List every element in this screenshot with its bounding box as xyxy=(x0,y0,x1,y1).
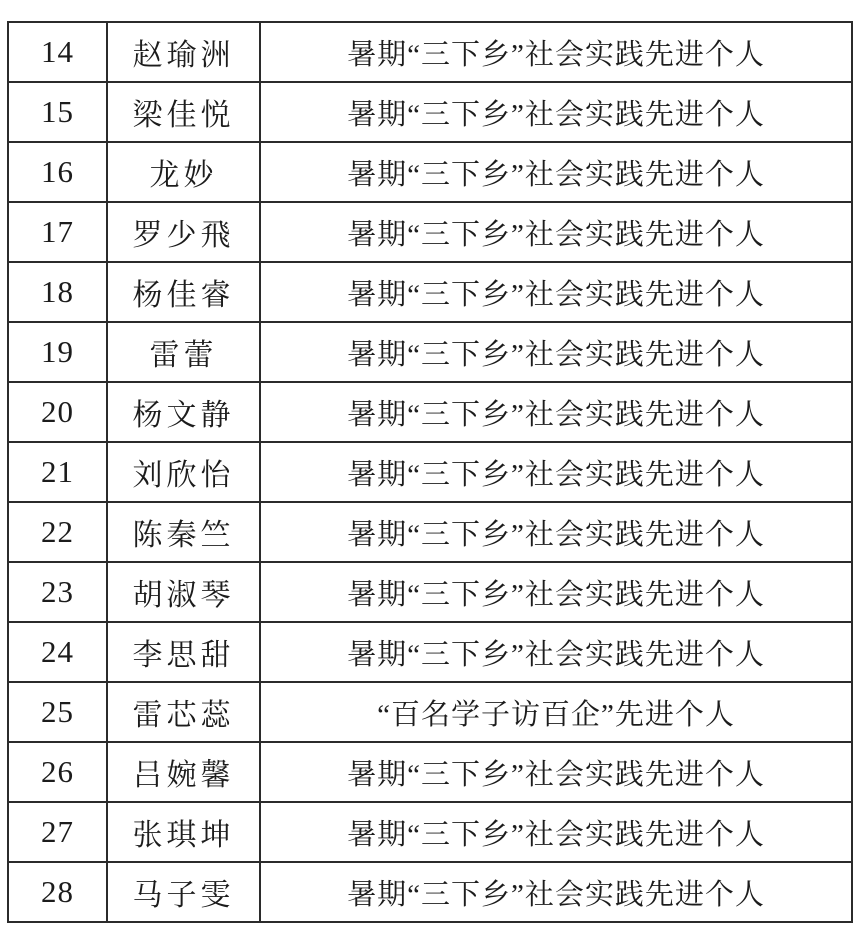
row-number-cell: 24 xyxy=(8,622,107,682)
student-name-cell: 罗少飛 xyxy=(107,202,260,262)
award-title-cell: “百名学子访百企”先进个人 xyxy=(260,682,852,742)
table-row: 27 张琪坤 暑期“三下乡”社会实践先进个人 xyxy=(8,802,852,862)
table-row: 25 雷芯蕊 “百名学子访百企”先进个人 xyxy=(8,682,852,742)
table-row: 23 胡淑琴 暑期“三下乡”社会实践先进个人 xyxy=(8,562,852,622)
row-number-cell: 27 xyxy=(8,802,107,862)
student-name-cell: 李思甜 xyxy=(107,622,260,682)
table-row: 26 吕婉馨 暑期“三下乡”社会实践先进个人 xyxy=(8,742,852,802)
row-number-cell: 14 xyxy=(8,22,107,82)
document-sheet: 14 赵瑜洲 暑期“三下乡”社会实践先进个人 15 梁佳悦 暑期“三下乡”社会实… xyxy=(0,0,864,942)
row-number-cell: 19 xyxy=(8,322,107,382)
award-title-cell: 暑期“三下乡”社会实践先进个人 xyxy=(260,562,852,622)
award-title-cell: 暑期“三下乡”社会实践先进个人 xyxy=(260,502,852,562)
student-name-cell: 马子雯 xyxy=(107,862,260,922)
award-title-cell: 暑期“三下乡”社会实践先进个人 xyxy=(260,202,852,262)
table-row: 21 刘欣怡 暑期“三下乡”社会实践先进个人 xyxy=(8,442,852,502)
table-row: 16 龙妙 暑期“三下乡”社会实践先进个人 xyxy=(8,142,852,202)
table-row: 17 罗少飛 暑期“三下乡”社会实践先进个人 xyxy=(8,202,852,262)
table-row: 20 杨文静 暑期“三下乡”社会实践先进个人 xyxy=(8,382,852,442)
table-row: 19 雷蕾 暑期“三下乡”社会实践先进个人 xyxy=(8,322,852,382)
award-title-cell: 暑期“三下乡”社会实践先进个人 xyxy=(260,262,852,322)
row-number-cell: 23 xyxy=(8,562,107,622)
student-name-cell: 杨文静 xyxy=(107,382,260,442)
awards-table: 14 赵瑜洲 暑期“三下乡”社会实践先进个人 15 梁佳悦 暑期“三下乡”社会实… xyxy=(7,21,853,923)
student-name-cell: 陈秦竺 xyxy=(107,502,260,562)
award-title-cell: 暑期“三下乡”社会实践先进个人 xyxy=(260,742,852,802)
award-title-cell: 暑期“三下乡”社会实践先进个人 xyxy=(260,442,852,502)
student-name-cell: 胡淑琴 xyxy=(107,562,260,622)
table-row: 22 陈秦竺 暑期“三下乡”社会实践先进个人 xyxy=(8,502,852,562)
award-title-cell: 暑期“三下乡”社会实践先进个人 xyxy=(260,142,852,202)
table-row: 18 杨佳睿 暑期“三下乡”社会实践先进个人 xyxy=(8,262,852,322)
award-title-cell: 暑期“三下乡”社会实践先进个人 xyxy=(260,322,852,382)
row-number-cell: 28 xyxy=(8,862,107,922)
table-row: 28 马子雯 暑期“三下乡”社会实践先进个人 xyxy=(8,862,852,922)
row-number-cell: 20 xyxy=(8,382,107,442)
student-name-cell: 赵瑜洲 xyxy=(107,22,260,82)
award-title-cell: 暑期“三下乡”社会实践先进个人 xyxy=(260,82,852,142)
student-name-cell: 梁佳悦 xyxy=(107,82,260,142)
row-number-cell: 15 xyxy=(8,82,107,142)
award-title-cell: 暑期“三下乡”社会实践先进个人 xyxy=(260,22,852,82)
row-number-cell: 25 xyxy=(8,682,107,742)
table-row: 15 梁佳悦 暑期“三下乡”社会实践先进个人 xyxy=(8,82,852,142)
student-name-cell: 张琪坤 xyxy=(107,802,260,862)
award-title-cell: 暑期“三下乡”社会实践先进个人 xyxy=(260,802,852,862)
award-title-cell: 暑期“三下乡”社会实践先进个人 xyxy=(260,382,852,442)
student-name-cell: 刘欣怡 xyxy=(107,442,260,502)
row-number-cell: 17 xyxy=(8,202,107,262)
student-name-cell: 雷蕾 xyxy=(107,322,260,382)
award-title-cell: 暑期“三下乡”社会实践先进个人 xyxy=(260,862,852,922)
student-name-cell: 杨佳睿 xyxy=(107,262,260,322)
row-number-cell: 18 xyxy=(8,262,107,322)
row-number-cell: 22 xyxy=(8,502,107,562)
row-number-cell: 26 xyxy=(8,742,107,802)
row-number-cell: 16 xyxy=(8,142,107,202)
award-title-cell: 暑期“三下乡”社会实践先进个人 xyxy=(260,622,852,682)
table-row: 24 李思甜 暑期“三下乡”社会实践先进个人 xyxy=(8,622,852,682)
table-row: 14 赵瑜洲 暑期“三下乡”社会实践先进个人 xyxy=(8,22,852,82)
awards-table-body: 14 赵瑜洲 暑期“三下乡”社会实践先进个人 15 梁佳悦 暑期“三下乡”社会实… xyxy=(8,22,852,922)
row-number-cell: 21 xyxy=(8,442,107,502)
student-name-cell: 龙妙 xyxy=(107,142,260,202)
student-name-cell: 吕婉馨 xyxy=(107,742,260,802)
student-name-cell: 雷芯蕊 xyxy=(107,682,260,742)
